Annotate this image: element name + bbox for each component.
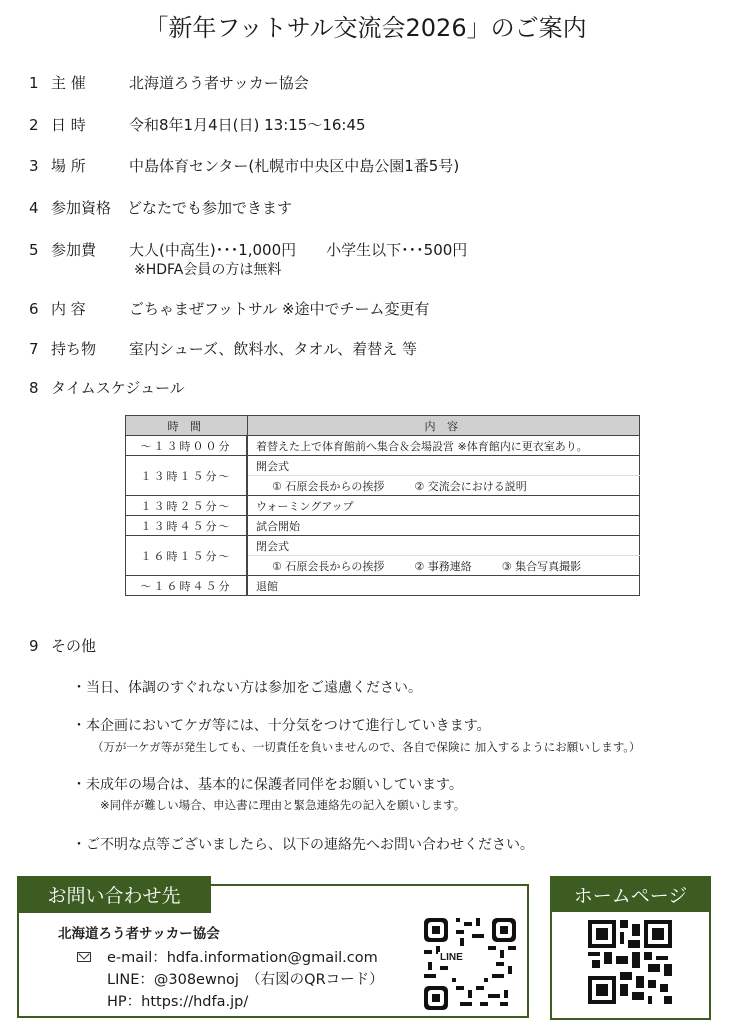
table-row: １３時１５分〜 開会式 [126,456,640,476]
item-content: 6内 容ごちゃまぜフットサル ※途中でチーム変更有 [29,298,430,319]
item-label: 主 催 [51,72,129,93]
fee-note: ※HDFA会員の方は無料 [134,259,281,279]
schedule-content: 退館 [247,576,640,596]
item-schedule-heading: 8タイムスケジュール [29,377,185,398]
contact-line-id: LINE：@308ewnoj （右図のQRコード） [107,968,384,989]
contact-heading: お問い合わせ先 [17,876,211,913]
schedule-content: ウォーミングアップ [247,496,640,516]
note-minors: ・未成年の場合は、基本的に保護者同伴をお願いしています。 [72,774,463,794]
table-header-row: 時 間 内 容 [126,416,640,436]
homepage-qr-code-icon[interactable] [588,920,672,1004]
schedule-subitem: ② 交流会における説明 [414,480,526,493]
homepage-heading: ホームページ [550,876,711,912]
contact-homepage-url[interactable]: HP：https://hdfa.jp/ [107,990,248,1011]
item-organizer: 1主 催北海道ろう者サッカー協会 [29,72,309,93]
page-title: 「新年フットサル交流会2026」のご案内 [0,8,731,43]
column-header-content: 内 容 [247,416,640,436]
schedule-time: １３時４５分〜 [126,516,248,536]
note-injury: ・本企画においてケガ等には、十分気をつけて進行していきます。 [72,715,491,735]
item-label: タイムスケジュール [51,379,185,397]
item-fee: 5参加費大人(中高生)･･･1,000円 小学生以下･･･500円 [29,239,467,260]
item-label: 持ち物 [51,338,129,359]
schedule-content: 着替えた上で体育館前へ集合＆会場設営 ※体育館内に更衣室あり。 [247,436,640,456]
item-number: 4 [29,199,51,217]
schedule-subitem: ① 石原会長からの挨拶 [272,560,384,573]
item-datetime: 2日 時令和8年1月4日(日) 13:15〜16:45 [29,114,366,135]
schedule-time: １３時１５分〜 [126,456,248,496]
schedule-content: 開会式 [247,456,640,476]
schedule-subitem: ③ 集合写真撮影 [502,560,581,573]
schedule-time: 〜１３時００分 [126,436,248,456]
item-number: 8 [29,379,51,397]
note-health: ・当日、体調のすぐれない方は参加をご遠慮ください。 [72,677,422,697]
table-row: １６時１５分〜 閉会式 [126,536,640,556]
item-number: 7 [29,340,51,358]
item-value: 令和8年1月4日(日) 13:15〜16:45 [129,114,366,135]
item-value: 中島体育センター(札幌市中央区中島公園1番5号) [129,155,459,176]
column-header-time: 時 間 [126,416,248,436]
item-label: 参加費 [51,239,129,260]
item-venue: 3場 所中島体育センター(札幌市中央区中島公園1番5号) [29,155,459,176]
schedule-content: 閉会式 [247,536,640,556]
item-label: 場 所 [51,155,129,176]
schedule-subitem: ① 石原会長からの挨拶 [272,480,384,493]
schedule-table: 時 間 内 容 〜１３時００分 着替えた上で体育館前へ集合＆会場設営 ※体育館内… [125,415,640,596]
item-number: 9 [29,637,51,655]
schedule-content: 試合開始 [247,516,640,536]
table-row: 〜１６時４５分 退館 [126,576,640,596]
item-label: 日 時 [51,114,129,135]
item-number: 2 [29,116,51,134]
item-number: 3 [29,157,51,175]
item-eligibility: 4参加資格どなたでも参加できます [29,197,292,218]
line-qr-label: LINE [438,952,465,963]
schedule-time: １３時２５分〜 [126,496,248,516]
contact-email[interactable]: e-mail：hdfa.information@gmail.com [107,946,378,967]
item-label: その他 [51,637,96,655]
item-number: 6 [29,300,51,318]
schedule-time: １６時１５分〜 [126,536,248,576]
table-row: １３時２５分〜 ウォーミングアップ [126,496,640,516]
item-label: 参加資格 [51,197,127,218]
note-injury-detail: （万が一ケガ等が発生しても、一切責任を負いませんので、各自で保険に 加入するよう… [92,739,641,755]
envelope-icon [77,952,91,962]
contact-organization: 北海道ろう者サッカー協会 [58,922,220,942]
item-number: 1 [29,74,51,92]
schedule-subitems: ① 石原会長からの挨拶② 交流会における説明 [247,476,640,496]
table-row: １３時４５分〜 試合開始 [126,516,640,536]
item-value: 北海道ろう者サッカー協会 [129,72,309,93]
note-inquiries: ・ご不明な点等ございましたら、以下の連絡先へお問い合わせください。 [72,834,534,854]
item-label: 内 容 [51,298,129,319]
schedule-time: 〜１６時４５分 [126,576,248,596]
line-qr-code-icon[interactable] [424,918,516,1010]
schedule-subitems: ① 石原会長からの挨拶② 事務連絡③ 集合写真撮影 [247,556,640,576]
schedule-subitem: ② 事務連絡 [414,560,471,573]
item-number: 5 [29,241,51,259]
item-belongings: 7持ち物室内シューズ、飲料水、タオル、着替え 等 [29,338,417,359]
item-value: 大人(中高生)･･･1,000円 小学生以下･･･500円 [129,239,467,260]
item-value: どなたでも参加できます [127,197,292,218]
item-others-heading: 9その他 [29,635,96,656]
item-value: ごちゃまぜフットサル ※途中でチーム変更有 [129,298,430,319]
item-value: 室内シューズ、飲料水、タオル、着替え 等 [129,338,417,359]
note-minors-detail: ※同伴が難しい場合、申込書に理由と緊急連絡先の記入を願いします。 [100,797,465,813]
table-row: 〜１３時００分 着替えた上で体育館前へ集合＆会場設営 ※体育館内に更衣室あり。 [126,436,640,456]
